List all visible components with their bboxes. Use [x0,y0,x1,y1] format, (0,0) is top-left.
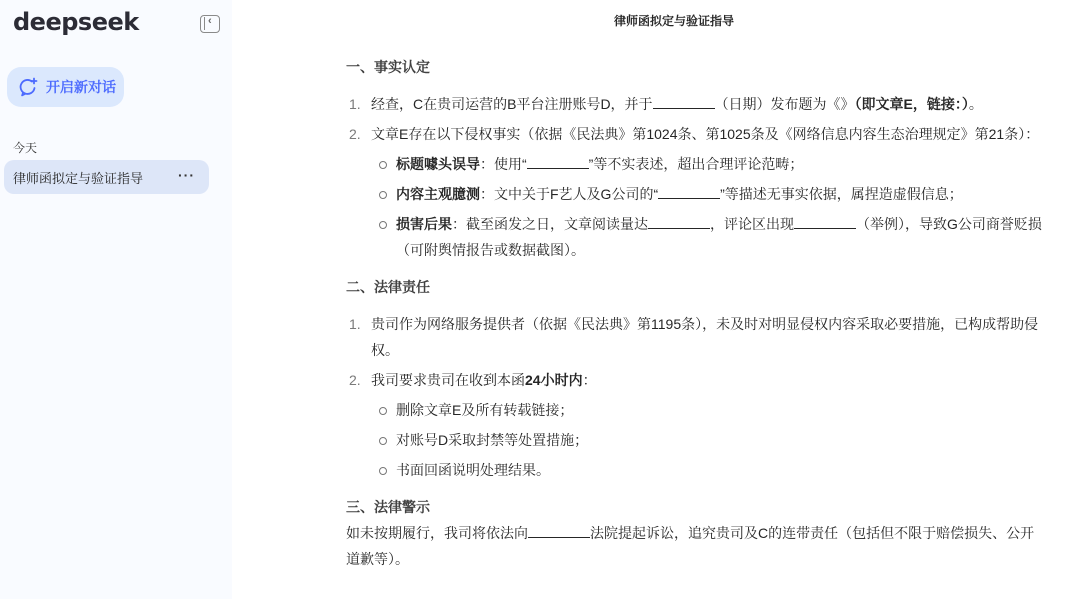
list-item: 对账号D采取封禁等处置措施； [371,427,1046,453]
chat-history-item[interactable]: 律师函拟定与验证指导 ··· [4,160,209,194]
deepseek-logo[interactable]: deepseek [13,8,139,36]
new-chat-button[interactable]: 开启新对话 [7,67,124,107]
list-item: 删除文章E及所有转载链接； [371,397,1046,423]
conversation-title: 律师函拟定与验证指导 [232,12,1080,29]
new-chat-label: 开启新对话 [46,77,116,97]
section-heading-warning: 三、法律警示 [346,494,1046,520]
list-item: 2. 文章E存在以下侵权事实（依据《民法典》第1024条、第1025条及《网络信… [346,121,1046,263]
section-heading-facts: 一、事实认定 [346,54,1046,80]
facts-list: 1. 经查，C在贵司运营的B平台注册账号D，并于（日期）发布题为《》（即文章E，… [346,91,1046,263]
list-item: 内容主观臆测：文中关于F艺人及G公司的“”等描述无事实依据，属捏造虚假信息； [371,181,1046,207]
liability-list: 1. 贵司作为网络服务提供者（依据《民法典》第1195条），未及时对明显侵权内容… [346,311,1046,483]
list-item: 1. 经查，C在贵司运营的B平台注册账号D，并于（日期）发布题为《》（即文章E，… [346,91,1046,117]
list-item: 损害后果：截至函发之日，文章阅读量达，评论区出现（举例），导致G公司商誉贬损（可… [371,211,1046,263]
letter-document: 一、事实认定 1. 经查，C在贵司运营的B平台注册账号D，并于（日期）发布题为《… [346,54,1046,572]
history-section-today: 今天 [13,139,37,156]
list-item: 1. 贵司作为网络服务提供者（依据《民法典》第1195条），未及时对明显侵权内容… [346,311,1046,363]
warning-paragraph: 如未按期履行，我司将依法向法院提起诉讼，追究贵司及C的连带责任（包括但不限于赔偿… [346,520,1046,572]
demands-sublist: 删除文章E及所有转载链接； 对账号D采取封禁等处置措施； 书面回函说明处理结果。 [371,397,1046,483]
list-item: 书面回函说明处理结果。 [371,457,1046,483]
section-heading-liability: 二、法律责任 [346,274,1046,300]
chat-title: 律师函拟定与验证指导 [13,168,143,187]
more-options-icon[interactable]: ··· [178,167,195,183]
sidebar: deepseek ‹ 开启新对话 今天 律师函拟定与验证指导 ··· [0,0,232,599]
chat-plus-icon [18,77,38,97]
list-item: 标题噱头误导：使用“”等不实表述，超出合理评论范畴； [371,151,1046,177]
facts-sublist: 标题噱头误导：使用“”等不实表述，超出合理评论范畴； 内容主观臆测：文中关于F艺… [371,151,1046,263]
list-item: 2. 我司要求贵司在收到本函24小时内： 删除文章E及所有转载链接； 对账号D采… [346,367,1046,483]
main-content: 律师函拟定与验证指导 一、事实认定 1. 经查，C在贵司运营的B平台注册账号D，… [232,0,1080,599]
sidebar-collapse-icon[interactable]: ‹ [200,15,220,33]
blank-date [653,92,715,109]
